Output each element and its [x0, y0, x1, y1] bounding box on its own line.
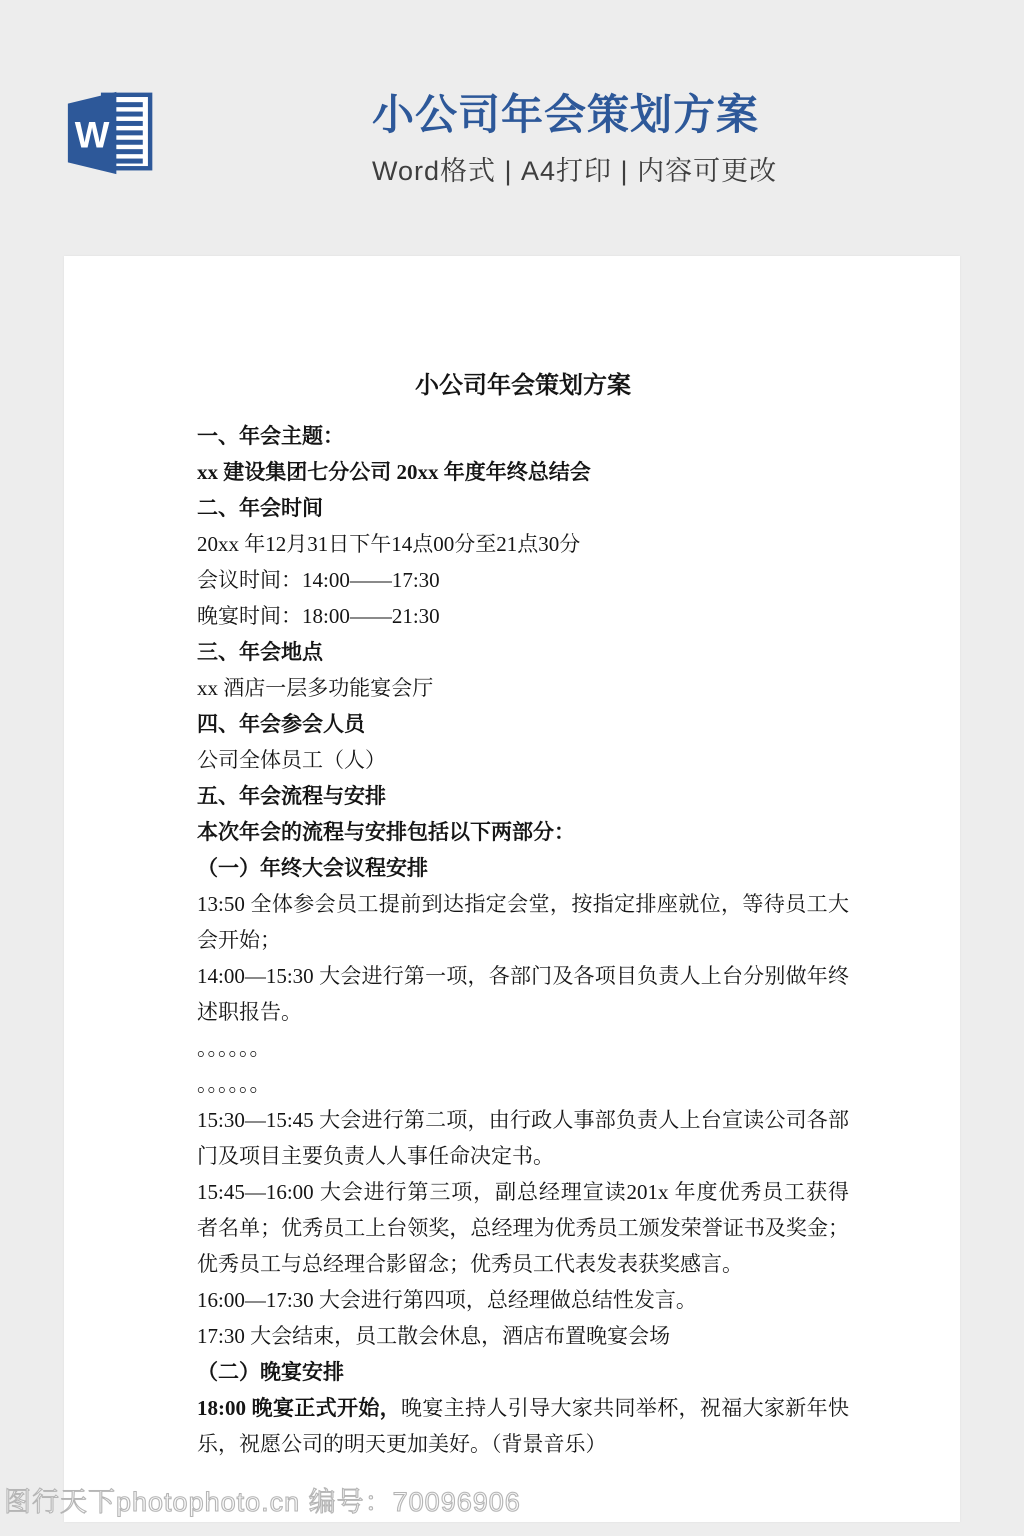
doc-paragraph: 本次年会的流程与安排包括以下两部分：: [197, 814, 849, 850]
watermark-text: 图行天下photophoto.cn 编号：70096906: [4, 1486, 521, 1518]
doc-text-segment: 13:50 全体参会员工提前到达指定会堂，按指定排座就位，等待员工大会开始；: [197, 892, 849, 952]
doc-paragraph: 20xx 年12月31日下午14点00分至21点30分: [197, 526, 849, 562]
doc-paragraph: 18:00 晚宴正式开始，晚宴主持人引导大家共同举杯，祝福大家新年快乐，祝愿公司…: [197, 1390, 849, 1462]
doc-paragraph: 。。。。。。: [197, 1066, 849, 1102]
page-canvas: W 小公司年会策划方案 Word格式 | A4打印 | 内容可更改 小公司年会策…: [0, 0, 1024, 1536]
doc-text-segment: 15:45—16:00 大会进行第三项，副总经理宣读201x 年度优秀员工获得者…: [197, 1180, 849, 1276]
doc-text-segment: 一、年会主题：: [197, 424, 344, 448]
doc-paragraph: 。。。。。。: [197, 1030, 849, 1066]
document-content: 小公司年会策划方案 一、年会主题：xx 建设集团七分公司 20xx 年度年终总结…: [197, 368, 849, 1462]
doc-paragraph: 17:30 大会结束，员工散会休息，酒店布置晚宴会场: [197, 1318, 849, 1354]
doc-paragraph: 13:50 全体参会员工提前到达指定会堂，按指定排座就位，等待员工大会开始；: [197, 886, 849, 958]
doc-paragraph: 15:30—15:45 大会进行第二项，由行政人事部负责人上台宣读公司各部门及项…: [197, 1102, 849, 1174]
banner-text: 小公司年会策划方案 Word格式 | A4打印 | 内容可更改: [372, 92, 792, 186]
doc-paragraph: 五、年会流程与安排: [197, 778, 849, 814]
doc-text-segment: 晚宴时间：18:00——21:30: [197, 604, 440, 628]
word-icon: W: [62, 88, 156, 178]
doc-text-segment: 二、年会时间: [197, 496, 323, 520]
doc-text-segment: xx 酒店一层多功能宴会厅: [197, 676, 433, 700]
doc-text-segment: xx 建设集团七分公司 20xx 年度年终总结会: [197, 460, 591, 484]
doc-paragraph: 公司全体员工（人）: [197, 742, 849, 778]
doc-text-segment: 14:00—15:30 大会进行第一项，各部门及各项目负责人上台分别做年终述职报…: [197, 964, 849, 1024]
doc-text-segment: 会议时间：14:00——17:30: [197, 568, 440, 592]
doc-paragraph: xx 酒店一层多功能宴会厅: [197, 670, 849, 706]
doc-paragraph: 会议时间：14:00——17:30: [197, 562, 849, 598]
doc-text-segment: 五、年会流程与安排: [197, 784, 386, 808]
doc-paragraph: 14:00—15:30 大会进行第一项，各部门及各项目负责人上台分别做年终述职报…: [197, 958, 849, 1030]
doc-text-segment: 16:00—17:30 大会进行第四项，总经理做总结性发言。: [197, 1288, 697, 1312]
doc-paragraph: 晚宴时间：18:00——21:30: [197, 598, 849, 634]
doc-paragraph: xx 建设集团七分公司 20xx 年度年终总结会: [197, 454, 849, 490]
doc-text-segment: 公司全体员工（人）: [197, 748, 386, 772]
template-subtitle: Word格式 | A4打印 | 内容可更改: [372, 156, 792, 186]
doc-paragraph: 四、年会参会人员: [197, 706, 849, 742]
template-title: 小公司年会策划方案: [372, 92, 792, 138]
doc-text-segment: 三、年会地点: [197, 640, 323, 664]
document-page: 小公司年会策划方案 一、年会主题：xx 建设集团七分公司 20xx 年度年终总结…: [64, 256, 960, 1522]
doc-text-segment: 17:30 大会结束，员工散会休息，酒店布置晚宴会场: [197, 1324, 670, 1348]
doc-text-segment: 。。。。。。: [197, 1036, 271, 1060]
document-body: 一、年会主题：xx 建设集团七分公司 20xx 年度年终总结会二、年会时间20x…: [197, 418, 849, 1462]
header-banner: W 小公司年会策划方案 Word格式 | A4打印 | 内容可更改: [0, 0, 1024, 256]
doc-paragraph: （二）晚宴安排: [197, 1354, 849, 1390]
doc-paragraph: 二、年会时间: [197, 490, 849, 526]
doc-text-segment: 18:00 晚宴正式开始，: [197, 1396, 401, 1420]
doc-text-segment: （二）晚宴安排: [197, 1360, 344, 1384]
doc-text-segment: 20xx 年12月31日下午14点00分至21点30分: [197, 532, 580, 556]
doc-text-segment: 15:30—15:45 大会进行第二项，由行政人事部负责人上台宣读公司各部门及项…: [197, 1108, 849, 1168]
doc-paragraph: 三、年会地点: [197, 634, 849, 670]
word-icon-letter: W: [75, 115, 110, 156]
doc-paragraph: （一）年终大会议程安排: [197, 850, 849, 886]
doc-paragraph: 一、年会主题：: [197, 418, 849, 454]
document-title: 小公司年会策划方案: [197, 368, 849, 404]
doc-paragraph: 15:45—16:00 大会进行第三项，副总经理宣读201x 年度优秀员工获得者…: [197, 1174, 849, 1282]
doc-paragraph: 16:00—17:30 大会进行第四项，总经理做总结性发言。: [197, 1282, 849, 1318]
doc-text-segment: 本次年会的流程与安排包括以下两部分：: [197, 820, 575, 844]
doc-text-segment: （一）年终大会议程安排: [197, 856, 428, 880]
doc-text-segment: 四、年会参会人员: [197, 712, 365, 736]
doc-text-segment: 。。。。。。: [197, 1072, 271, 1096]
